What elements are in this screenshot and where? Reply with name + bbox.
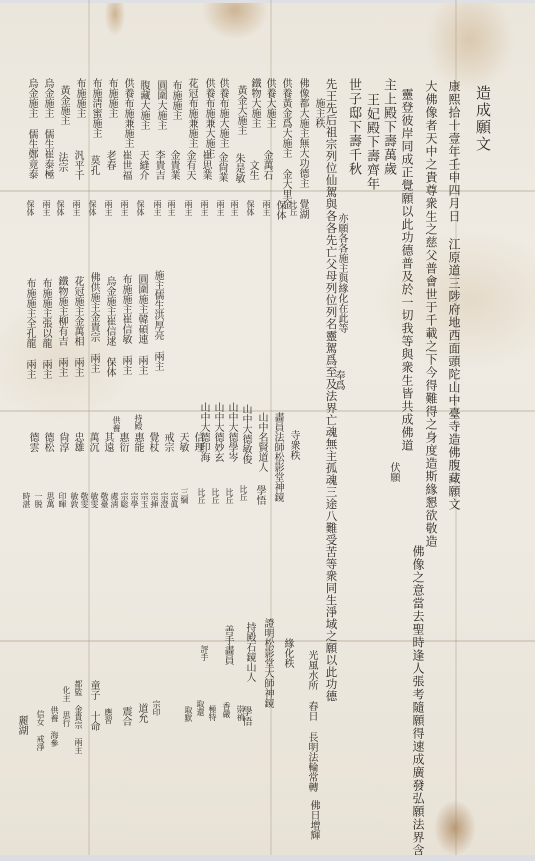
yeonhwa-entry: 持殿石鏡山人 [244, 622, 254, 682]
donor-entry: 花冠布施兼施主 [186, 78, 196, 148]
donor-suffix: 保体 [136, 200, 144, 216]
donor-name: 金萬石 [261, 150, 271, 180]
scan-edge-bottom [0, 855, 535, 861]
staff-entry: 香嚴 [222, 702, 230, 718]
donor-suffix: 兩主 [42, 200, 50, 216]
monk-name: 萬沉 [87, 432, 97, 452]
donor-entry: 黃金施主 [58, 85, 68, 125]
section-header: 緣化秩 [282, 638, 292, 668]
main-text-col: 先王先后祖宗列位仙駕與各各先亡父母列位列名靈駕爲至及法界亡魂無主孤魂三途八難受苦… [325, 78, 337, 702]
monks-row-1: 信理 天敏 戒宗 覺杖 惠能 惠衍 其遠 萬沉 忠雄 尙淳 德松 德雲 [20, 432, 205, 464]
donor-entry: 供養布施兼大施主 [203, 78, 213, 158]
monk-name: 忠雄 [72, 432, 82, 452]
donor-entry: 布施淸蜜施主 [90, 78, 100, 138]
document-sheet: 造成願文 康熙拾十壹年壬申四月日 江原道三陟府地西面頭陀山中臺寺造佛腹藏願文 大… [0, 0, 535, 861]
staff-entry: 應習 [104, 708, 112, 724]
closing-text: 佛像之意當去聖時逢人張考隨願得速成廣發弘願法界含 [412, 545, 424, 857]
monk-name: 德松 [42, 432, 52, 452]
donor-name: 汎平千 [72, 150, 82, 180]
staff-entry: 供養 海參 [50, 706, 58, 747]
staff-entry: 信女 戒淨 [36, 710, 44, 751]
donor-entry: 布施施主張以龍 兩主 [40, 278, 50, 379]
donor-entry: 布施施主 [106, 78, 116, 118]
main-text-col: 康熙拾十壹年壬申四月日 江原道三陟府地西面頭陀山中臺寺造佛腹藏願文 [448, 80, 460, 511]
yeonhwa-entry: 證明松影堂大師神鏡 [262, 618, 272, 708]
staff-entry: 震合 [120, 706, 130, 726]
monks-row-2: 宗眞 宗澄 宗挿 宗玉 宗學 宗聡 處淸 敬臺 敏雯 敬雯 敏敦 印暉 思萬 一… [20, 492, 180, 522]
donor-name: 天縫介 [137, 150, 147, 180]
monk-name: 宗玉 [140, 492, 148, 508]
donor-entry: 供養布施大施主 [217, 78, 227, 148]
donor-name: 金尙業 [216, 152, 226, 182]
monk-name: 敬臺 [100, 492, 108, 508]
donor-entry: 施主儒生洪厚亮 兩主 [152, 270, 162, 371]
staff-entry: 極特 [208, 705, 216, 721]
monk-name: 惠能 [132, 432, 142, 452]
donor-name: 崔思業 [200, 150, 210, 180]
donor-entry: 供養黃金爲大施主 金大里金 [280, 78, 290, 209]
staff-entry: 取默 [184, 706, 192, 722]
monk-name: 敬雯 [80, 492, 88, 508]
donor-name: 法宗 [56, 152, 66, 172]
donor-entry: 圓圍大施主 [155, 80, 165, 130]
staff-entry: 化主 思行 [62, 686, 70, 727]
yeonhwa-entry: 評手 [200, 645, 208, 661]
donor-suffix: 兩主 [262, 200, 270, 216]
donor-name: 崔世福 [120, 150, 130, 180]
monk-name: 惠衍 [117, 432, 127, 452]
donor-suffix: 兩主 [120, 200, 128, 216]
donor-entry: 佛像都大施主無大功德主 覺湖 [297, 78, 307, 219]
monk-name: 思萬 [46, 492, 54, 508]
main-text-col: 大佛像者天中之貴尊衆生之慈父普會世于千載之下今得難得之身度造斯緣懇欲敬造 [425, 80, 437, 548]
scribe-name: 佛日增輝 [308, 800, 318, 840]
donor-suffix: 保体 [88, 200, 96, 216]
donors-header: 施主秩 [313, 98, 323, 128]
donor-entry: 布施施主 [170, 80, 180, 120]
donor-name: 文生 [247, 160, 257, 180]
staff-entry: 道允 [136, 703, 146, 723]
donor-entry: 供養大施主 [264, 78, 274, 128]
donor-name: 老春 [104, 150, 114, 170]
donor-suffix: 兩主 [200, 200, 208, 216]
donor-entry: 烏金施主崔信逑 保体 [104, 276, 114, 377]
monk-name: 學悟 [254, 485, 264, 505]
donor-suffix: 兩主 [72, 200, 80, 216]
monk-name: 戒宗 [162, 432, 172, 452]
donor-suffix: 保体 [274, 200, 284, 220]
donor-name: 莫孔 [88, 155, 98, 175]
scribe-line: 光風水所 舂日 長明法輪常轉 [306, 650, 316, 792]
donor-suffix: 兩主 [167, 200, 175, 216]
role-label: 三綱 [180, 488, 188, 504]
donor-entry: 佛供施主金貴宗 兩主 [88, 272, 98, 373]
monk-name: 處淸 [110, 492, 118, 508]
monk-suffix: 比丘 [211, 488, 219, 504]
donor-name: 金有天 [184, 150, 194, 180]
monk-suffix: 比丘 [197, 488, 205, 504]
donor-suffix: 兩主 [104, 200, 112, 216]
staff-entry: 麗湖 [16, 715, 26, 735]
donor-entry: 圓圍施主韓碩連 兩主 [136, 274, 146, 375]
donor-entry: 布施施主 [74, 78, 84, 118]
donor-entry: 鐵物大施主 [249, 78, 259, 128]
main-text-col: 奉爲 [333, 370, 343, 390]
donor-suffix: 兩主 [216, 200, 224, 216]
monk-name: 敏敦 [70, 492, 78, 508]
monk-name: 尙淳 [57, 432, 67, 452]
monk-entry: 山中大德印海 [198, 402, 208, 462]
monk-name: 覺杖 [147, 432, 157, 452]
donor-entry: 腹藏大施主 [138, 80, 148, 130]
monk-entry: 山中名賢道人 [256, 412, 266, 472]
donor-suffix: 保体 [246, 200, 254, 216]
donor-entry: 花冠施主金萬相 兩主 [72, 276, 82, 377]
monk-name: 印暉 [58, 492, 66, 508]
main-text-col: 亦願各各施主與緣化在此等 [336, 213, 346, 333]
fugan-label: 伏願 [388, 462, 398, 482]
main-text-col: 靈登彼岸同成正覺願以此功德普及於一切我等與衆生皆共成佛道 [401, 88, 413, 452]
donor-entry: 鐵物施主柳有吉 兩主 [56, 276, 66, 377]
monk-name: 天敏 [177, 432, 187, 452]
monk-entry: 山中大德妙玄 [212, 402, 222, 462]
monk-name: 一脱 [34, 492, 42, 508]
staff-entry: 宗印 [152, 700, 160, 716]
monk-name: 宗聡 [120, 492, 128, 508]
monk-name: 宗眞 [170, 492, 178, 508]
staff-entry: 取還 [196, 700, 204, 716]
donor-entry: 供養布施兼施主 [122, 78, 132, 148]
donor-entry: 布施施主崔信敏 兩主 [120, 274, 130, 375]
main-text-col: 主上殿下壽萬歲 [382, 78, 395, 176]
donor-name: 李貴吉 [153, 150, 163, 180]
monk-entry: 畵員法師松影堂神鏡 [272, 412, 282, 502]
monk-name: 宗挿 [150, 492, 158, 508]
donor-suffix: 兩主 [153, 200, 161, 216]
donor-entry: 烏金施主 儒生鄭竟泰 [26, 78, 36, 179]
monk-name: 德雲 [27, 432, 37, 452]
donor-entry: 黃金大施主 [235, 85, 245, 135]
main-text-col: 王妃殿下壽齊年 [365, 93, 378, 191]
donor-entry: 烏金施主 儒生崔泰極 [42, 78, 52, 179]
staff-entry: 童子 十命 [88, 680, 98, 731]
donor-name: 朱是敏 [233, 153, 243, 183]
role-label: 持殿 [134, 414, 142, 430]
monk-name: 敏雯 [90, 492, 98, 508]
document-title: 造成願文 [475, 85, 490, 153]
yeonhwa-entry: 善手畵員 [222, 625, 232, 665]
donor-entry: 布施施主全孔龍 兩主 [24, 278, 34, 379]
monk-name: 其遠 [102, 432, 112, 452]
staff-entry: 都監 金貴宗 兩主 [74, 680, 82, 754]
monk-entry: 山中大德敏俊 [240, 404, 250, 464]
monk-suffix: 比丘 [239, 485, 247, 501]
monk-suffix: 比丘 [225, 488, 233, 504]
monk-entry: 山中大德學岑 [226, 402, 236, 462]
donor-suffix: 兩主 [230, 200, 238, 216]
section-header: 寺衆秩 [288, 430, 298, 460]
donor-suffix: 保体 [56, 200, 64, 216]
staff-entry: 崇禎 [236, 705, 244, 721]
role-label: 供養 [112, 416, 120, 432]
monk-name: 宗澄 [160, 492, 168, 508]
donor-name: 金貴業 [168, 150, 178, 180]
donor-suffix: 兩主 [184, 200, 192, 216]
donor-suffix: 保体 [26, 200, 34, 216]
main-text-col: 世子邸下壽千秋 [347, 78, 360, 176]
monk-name: 宗學 [130, 492, 138, 508]
monk-name: 時湛 [22, 492, 30, 508]
